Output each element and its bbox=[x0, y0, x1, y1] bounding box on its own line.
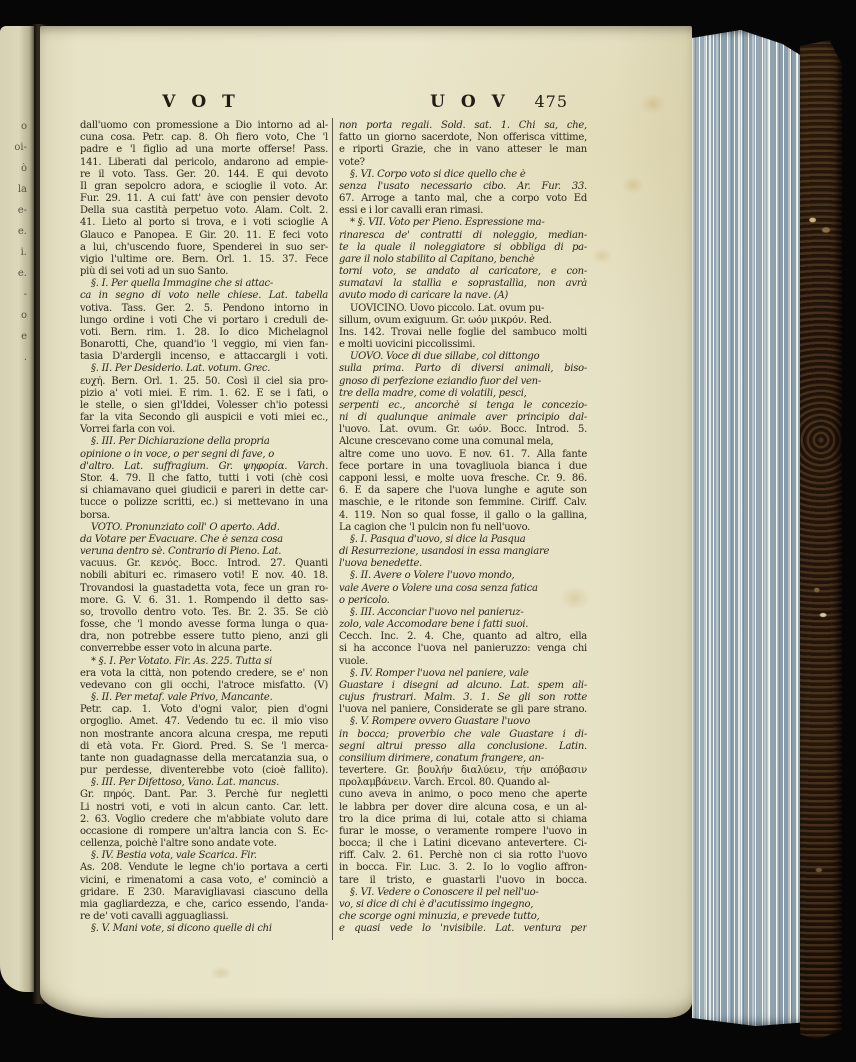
text-line: in bocca. Fir. Luc. 3. 2. Io lo voglio a… bbox=[339, 862, 587, 874]
text-line: §. VI. Corpo voto si dice quello che è bbox=[339, 169, 587, 181]
text-line: pizio a' voti miei. E rim. 1. 62. E se i… bbox=[80, 388, 328, 400]
facing-page-text-fragment: oi- bbox=[3, 143, 27, 153]
text-line: §. I. Pasqua d'uovo, si dice la Pasqua bbox=[339, 534, 587, 546]
text-line: re il voto. Tass. Ger. 20. 144. E qui de… bbox=[80, 169, 328, 181]
text-line: vacuus. Gr. κενός. Bocc. Introd. 27. Qua… bbox=[80, 558, 328, 570]
text-line: tasia D'ardergli incenso, e attaccargli … bbox=[80, 351, 328, 363]
text-line: l'uova benedette. bbox=[339, 558, 587, 570]
text-line: Stor. 4. 79. Il che fatto, tutti i voti … bbox=[80, 473, 328, 485]
text-line: cuno aveva in animo, o poco meno che ape… bbox=[339, 789, 587, 801]
text-line: far la vita Secondo gli auspicii e voti … bbox=[80, 412, 328, 424]
text-line: da Votare per Evacuare. Che è senza cosa bbox=[80, 534, 328, 546]
text-line: UOVO. Voce di due sillabe, col dittongo bbox=[339, 351, 587, 363]
text-line: 141. Liberati dal pericolo, andarono ad … bbox=[80, 157, 328, 169]
text-line: serpenti ec., ancorchè si tenga le conce… bbox=[339, 400, 587, 412]
text-line: orgoglio. Amet. 47. Vedendo tu ec. il mi… bbox=[80, 716, 328, 728]
text-line: in bocca; proverbio che vale Guastare i … bbox=[339, 729, 587, 741]
fore-edge-pages bbox=[692, 30, 808, 1026]
facing-page-text-fragment: e. bbox=[3, 227, 27, 237]
text-column-left: dall'uomo con promessione a Dio intorno … bbox=[80, 120, 328, 948]
text-line: §. VI. Vedere o Conoscere il pel nell'uo… bbox=[339, 887, 587, 899]
book-photo: ooi-òlae-e.i.e.-oe. V O T U O V 475 dall… bbox=[0, 0, 856, 1062]
text-line: gare il nolo stabilito al Capitano, benc… bbox=[339, 254, 587, 266]
text-line: vote? bbox=[339, 157, 587, 169]
text-line: Guastare i disegni ad alcuno. Lat. spem … bbox=[339, 680, 587, 692]
text-line: occasione di rompere un'altra lancia con… bbox=[80, 826, 328, 838]
text-line: d'altro. Lat. suffragium. Gr. ψηφορία. V… bbox=[80, 461, 328, 473]
text-line: furar le mosse, o veramente rompere l'uo… bbox=[339, 826, 587, 838]
text-line: opinione o in voce, o per segni di fave,… bbox=[80, 449, 328, 461]
text-line: segni altrui presso alla conclusione. La… bbox=[339, 741, 587, 753]
text-line: §. IV. Romper l'uova nel paniere, vale bbox=[339, 668, 587, 680]
text-line: di età vota. Fr. Giord. Pred. S. Se 'l m… bbox=[80, 741, 328, 753]
facing-page-text-fragment: e- bbox=[3, 206, 27, 216]
text-line: veruna dentro sè. Contrario di Pieno. La… bbox=[80, 546, 328, 558]
text-line: vale Avere o Volere una cosa senza fatic… bbox=[339, 583, 587, 595]
text-line: nobili abituri ec. rimasero voti! E nov.… bbox=[80, 570, 328, 582]
text-line: o pericolo. bbox=[339, 595, 587, 607]
text-line: §. II. Per Desiderio. Lat. votum. Grec. bbox=[80, 363, 328, 375]
text-line: §. II. Per metaf. vale Privo, Mancante. bbox=[80, 692, 328, 704]
text-line: le stelle, o sien gl'Iddei, Volesser ch'… bbox=[80, 400, 328, 412]
facing-page-text-fragment: - bbox=[3, 290, 27, 300]
text-line: Bonarotti, Che, quand'io 'l veggio, mi v… bbox=[80, 339, 328, 351]
text-line: Li nostri voti, e voti in alcun canto. C… bbox=[80, 802, 328, 814]
text-line: tre della madre, come di volatili, pesci… bbox=[339, 388, 587, 400]
text-line: Fur. 29. 11. A cui fatt' àve con pensier… bbox=[80, 193, 328, 205]
text-line: vigio l'ultime ore. Bern. Orl. 1. 15. 37… bbox=[80, 254, 328, 266]
text-line: era vota la città, non potendo credere, … bbox=[80, 668, 328, 680]
text-line: §. IV. Bestia vota, vale Scarica. Fir. bbox=[80, 850, 328, 862]
text-line: Vorrei farla con voi. bbox=[80, 424, 328, 436]
text-line: vedevano con gli occhi, l'atroce misfatt… bbox=[80, 680, 328, 692]
text-line: §. V. Mani vote, si dicono quelle di chi bbox=[80, 923, 328, 935]
text-line: Il gran sepolcro adora, e scioglie il vo… bbox=[80, 181, 328, 193]
text-line: avuto modo di caricare la nave. (A) bbox=[339, 290, 587, 302]
text-line: e molti uovicini piccolissimi. bbox=[339, 339, 587, 351]
facing-page-text-fragment: o bbox=[3, 122, 27, 132]
text-line: Alcune crescevano come una comunal mela, bbox=[339, 436, 587, 448]
text-column-right: non porta regali. Sold. sat. 1. Chi sa, … bbox=[339, 120, 587, 948]
text-line: 41. Lieto al porto si trova, e i voti sc… bbox=[80, 217, 328, 229]
text-line: §. II. Avere o Volere l'uovo mondo, bbox=[339, 570, 587, 582]
text-line: consilium dirimere, conatum frangere, an… bbox=[339, 753, 587, 765]
text-line: more. G. V. 6. 31. 1. Rompendo il detto … bbox=[80, 595, 328, 607]
text-line: re de' voti cavalli agguagliassi. bbox=[80, 911, 328, 923]
text-line: tro la dice prima di lui, cotale atto si… bbox=[339, 814, 587, 826]
text-line: προλαμβάνειν. Varch. Ercol. 80. Quando a… bbox=[339, 777, 587, 789]
text-line: e riporti Grazie, che in vano atteser le… bbox=[339, 144, 587, 156]
text-line: vuole. bbox=[339, 656, 587, 668]
text-line: Trovandosi la guastadetta vota, fece un … bbox=[80, 583, 328, 595]
stain bbox=[210, 966, 232, 980]
text-line: padre e 'l figlio ad una morte offerse! … bbox=[80, 144, 328, 156]
text-line: mia gagliardezza, e che, carico essendo,… bbox=[80, 899, 328, 911]
stain bbox=[622, 176, 644, 194]
text-line: votiva. Tass. Ger. 2. 5. Pendono intorno… bbox=[80, 303, 328, 315]
text-line: le labbra per dover dire alcuna cosa, e … bbox=[339, 802, 587, 814]
text-line: §. V. Rompere ovvero Guastare l'uovo bbox=[339, 716, 587, 728]
book-page: V O T U O V 475 dall'uomo con promession… bbox=[40, 26, 692, 1018]
text-line: tante non guadagnasse della mercatanzia … bbox=[80, 753, 328, 765]
text-line: tevertere. Gr. βουλήν διαλύειν, τήν απόβ… bbox=[339, 765, 587, 777]
text-line: sulla prima. Parto di diversi animali, b… bbox=[339, 363, 587, 375]
text-line: non mostrante ancora alcuna crespa, me r… bbox=[80, 729, 328, 741]
text-line: tare il tristo, e guastarli l'uovo in bo… bbox=[339, 875, 587, 887]
page-number: 475 bbox=[508, 92, 568, 111]
running-title-left: V O T bbox=[136, 92, 266, 112]
facing-page-text-fragment: la bbox=[3, 185, 27, 195]
text-line: * §. VII. Voto per Pieno. Espressione ma… bbox=[339, 217, 587, 229]
text-line: altre come uno uovo. E nov. 61. 7. Alla … bbox=[339, 449, 587, 461]
text-line: a lui, ch'uscendo fuore, Spenderei in su… bbox=[80, 242, 328, 254]
text-line: non porta regali. Sold. sat. 1. Chi sa, … bbox=[339, 120, 587, 132]
text-line: As. 208. Vendute le legne ch'io portava … bbox=[80, 862, 328, 874]
text-line: Petr. cap. 1. Voto d'ogni valor, pien d'… bbox=[80, 704, 328, 716]
column-rule bbox=[332, 118, 333, 940]
text-line: Gr. πηρός. Dant. Par. 3. Perchè fur negl… bbox=[80, 789, 328, 801]
running-header: V O T U O V 475 bbox=[40, 92, 692, 116]
text-line: capponi lessi, e molte uova fresche. Cr.… bbox=[339, 473, 587, 485]
text-line: tucce o polizze scritti, ec.) si metteva… bbox=[80, 497, 328, 509]
text-line: di Resurrezione, usandosi in essa mangia… bbox=[339, 546, 587, 558]
text-line: più di sei voti ad un suo Santo. bbox=[80, 266, 328, 278]
text-line: * §. I. Per Votato. Fir. As. 225. Tutta … bbox=[80, 656, 328, 668]
text-line: gnoso di perfezione eziandio fuor del ve… bbox=[339, 376, 587, 388]
text-line: so, trovollo dentro voto. Tes. Br. 2. 35… bbox=[80, 607, 328, 619]
stain bbox=[592, 248, 612, 264]
text-line: rinaresca de' contratti di noleggio, med… bbox=[339, 230, 587, 242]
text-line: sillum, ovum exiguum. Gr. ωόν μικρόν. Re… bbox=[339, 315, 587, 327]
text-line: sumatavi la stallìa e soprastallìa, non … bbox=[339, 278, 587, 290]
text-line: 67. Arroge a tanto mal, che a corpo voto… bbox=[339, 193, 587, 205]
text-line: cuna cosa. Petr. cap. 8. Oh fiero voto, … bbox=[80, 132, 328, 144]
text-line: te la quale il noleggiatore si obbliga d… bbox=[339, 242, 587, 254]
text-line: §. III. Per Difettoso, Vano. Lat. mancus… bbox=[80, 777, 328, 789]
text-line: converrebbe esser voto in alcuna parte. bbox=[80, 643, 328, 655]
text-line: e quasi vede lo 'nvisibile. Lat. ventura… bbox=[339, 923, 587, 935]
text-line: vicini, e rimenatomi a casa voto, e' com… bbox=[80, 875, 328, 887]
text-line: §. III. Acconciar l'uovo nel panieruz- bbox=[339, 607, 587, 619]
text-line: ni di qualunque animale aver principio d… bbox=[339, 412, 587, 424]
text-line: Glauco e Panopea. E Gir. 20. 11. E feci … bbox=[80, 230, 328, 242]
text-line: torni voto, se andato al caricatore, e c… bbox=[339, 266, 587, 278]
text-line: Della sua castità perpetuo voto. Alam. C… bbox=[80, 205, 328, 217]
book-cover-edge bbox=[800, 40, 842, 1040]
text-line: VOTO. Pronunziato coll' O aperto. Add. bbox=[80, 522, 328, 534]
text-line: essi e i lor cavalli eran rimasi. bbox=[339, 205, 587, 217]
facing-page-text-fragment: i. bbox=[3, 248, 27, 258]
text-line: borsa. bbox=[80, 510, 328, 522]
text-line: che scorge ogni minuzia, e prevede tutto… bbox=[339, 911, 587, 923]
text-line: UOVICINO. Uovo piccolo. Lat. ovum pu- bbox=[339, 303, 587, 315]
text-line: ευχή. Bern. Orl. 1. 25. 50. Così il ciel… bbox=[80, 376, 328, 388]
text-line: l'uovo. Lat. ovum. Gr. ωόν. Bocc. Introd… bbox=[339, 424, 587, 436]
facing-page-text-fragment: . bbox=[3, 353, 27, 363]
text-line: gridare. E 230. Maravigliavasi ciascuno … bbox=[80, 887, 328, 899]
text-line: fatto un giorno sacerdote, Non offerisca… bbox=[339, 132, 587, 144]
text-line: riff. Calv. 2. 61. Perchè non ci sia rot… bbox=[339, 850, 587, 862]
text-line: bocca; il che i Latini dicevano antevert… bbox=[339, 838, 587, 850]
text-line: cujus frustrari. Malm. 3. 1. Se gli son … bbox=[339, 692, 587, 704]
text-line: voti. Bern. rim. 1. 28. Io dico Michelag… bbox=[80, 327, 328, 339]
text-line: lungo ordine i voti Che vi portaro i cre… bbox=[80, 315, 328, 327]
facing-page-text-fragment: ò bbox=[3, 164, 27, 174]
text-line: vo, si dice di chi è d'acutissimo ingegn… bbox=[339, 899, 587, 911]
text-line: Ins. 142. Trovai nelle foglie del sambuc… bbox=[339, 327, 587, 339]
text-line: §. I. Per quella Immagine che si attac- bbox=[80, 278, 328, 290]
text-line: senza l'usato necessario cibo. Ar. Fur. … bbox=[339, 181, 587, 193]
text-line: si ha acconce l'uova nel panieruzzo: ven… bbox=[339, 643, 587, 655]
text-line: maschie, e le ritonde son femmine. Cirif… bbox=[339, 497, 587, 509]
text-line: Cecch. Inc. 2. 4. Che, quanto ad altro, … bbox=[339, 631, 587, 643]
text-line: si chiamavano quei giudicii e pareri in … bbox=[80, 485, 328, 497]
text-line: cellenza, poichè l'altre sono andate vot… bbox=[80, 838, 328, 850]
text-line: 4. 119. Non so qual fosse, il gallo o la… bbox=[339, 510, 587, 522]
text-line: fece portare in una tovagliuola bianca i… bbox=[339, 461, 587, 473]
text-line: ca in segno di voto nelle chiese. Lat. t… bbox=[80, 290, 328, 302]
text-line: dra, non potrebbe essere tutto pieno, an… bbox=[80, 631, 328, 643]
facing-page-edge: ooi-òlae-e.i.e.-oe. bbox=[0, 26, 34, 992]
text-line: La cagion che 'l pulcin non fu nell'uovo… bbox=[339, 522, 587, 534]
text-line: dall'uomo con promessione a Dio intorno … bbox=[80, 120, 328, 132]
text-line: l'uova nel paniere, Considerate se gli p… bbox=[339, 704, 587, 716]
text-line: pur perdesse, diventerebbe voto (cioè fa… bbox=[80, 765, 328, 777]
text-line: fosse, che 'l mondo avesse forma lunga o… bbox=[80, 619, 328, 631]
facing-page-text-fragment: e bbox=[3, 332, 27, 342]
text-line: §. III. Per Dichiarazione della propria bbox=[80, 436, 328, 448]
text-line: 2. 63. Voglio credere che m'abbiate volu… bbox=[80, 814, 328, 826]
facing-page-text-fragment: o bbox=[3, 311, 27, 321]
text-line: 6. È da sapere che l'uova lunghe e agute… bbox=[339, 485, 587, 497]
text-line: zolo, vale Accomodare bene i fatti suoi. bbox=[339, 619, 587, 631]
facing-page-text-fragment: e. bbox=[3, 269, 27, 279]
